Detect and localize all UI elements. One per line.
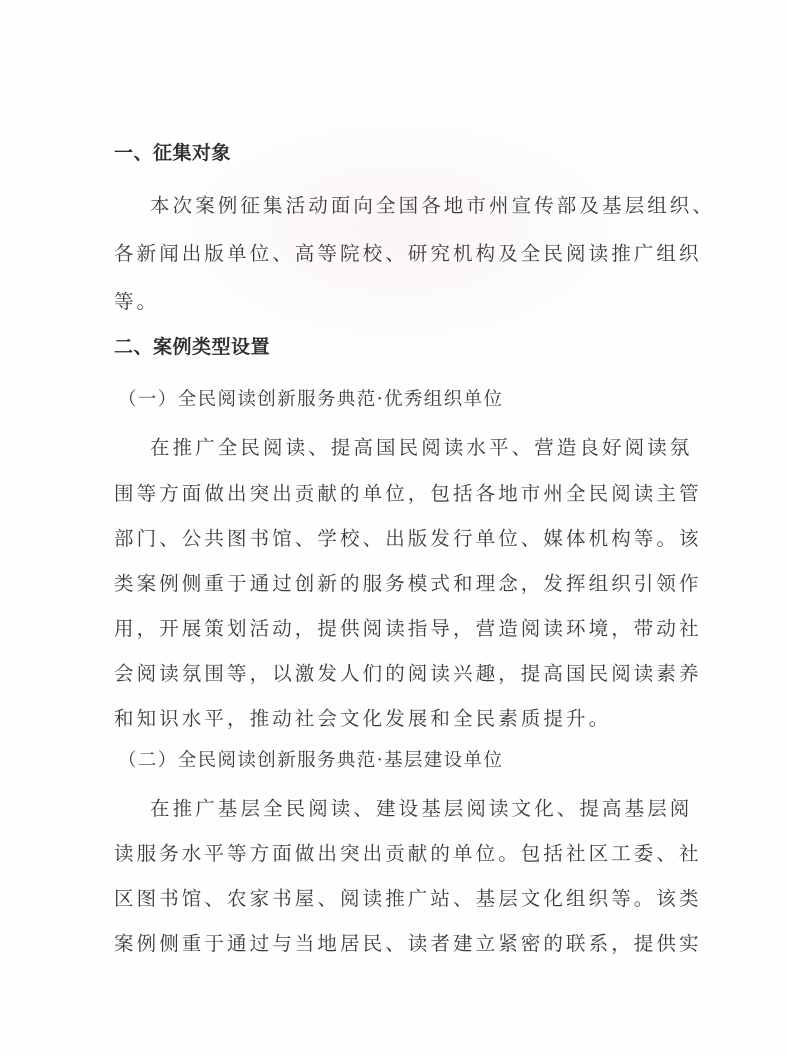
section-heading-2: 二、案例类型设置	[114, 332, 270, 359]
paragraph-line: 围等方面做出突出贡献的单位，包括各地市州全民阅读主管	[114, 478, 702, 506]
paragraph-line: 用，开展策划活动，提供阅读指导，营造阅读环境，带动社	[114, 613, 702, 641]
paragraph-line: 区图书馆、农家书屋、阅读推广站、基层文化组织等。该类	[114, 883, 702, 911]
paragraph-line: 读服务水平等方面做出突出贡献的单位。包括社区工委、社	[114, 838, 702, 866]
paragraph-line: 案例侧重于通过与当地居民、读者建立紧密的联系，提供实	[114, 928, 702, 956]
subsection-title-1: （一）全民阅读创新服务典范·优秀组织单位	[118, 385, 503, 411]
paragraph-line: 等。	[114, 286, 159, 314]
section-heading-1: 一、征集对象	[114, 138, 231, 165]
paragraph-line: 在推广全民阅读、提高国民阅读水平、营造良好阅读氛	[150, 432, 692, 460]
paragraph-line: 在推广基层全民阅读、建设基层阅读文化、提高基层阅	[150, 793, 692, 821]
paragraph-line: 本次案例征集活动面向全国各地市州宣传部及基层组织、	[150, 190, 715, 218]
paragraph-line: 类案例侧重于通过创新的服务模式和理念，发挥组织引领作	[114, 568, 702, 596]
paragraph-line: 和知识水平，推动社会文化发展和全民素质提升。	[114, 703, 611, 731]
paragraph-line: 各新闻出版单位、高等院校、研究机构及全民阅读推广组织	[114, 238, 702, 266]
subsection-title-2: （二）全民阅读创新服务典范·基层建设单位	[118, 746, 503, 772]
paragraph-line: 会阅读氛围等，以激发人们的阅读兴趣，提高国民阅读素养	[114, 658, 702, 686]
paragraph-line: 部门、公共图书馆、学校、出版发行单位、媒体机构等。该	[114, 523, 702, 551]
